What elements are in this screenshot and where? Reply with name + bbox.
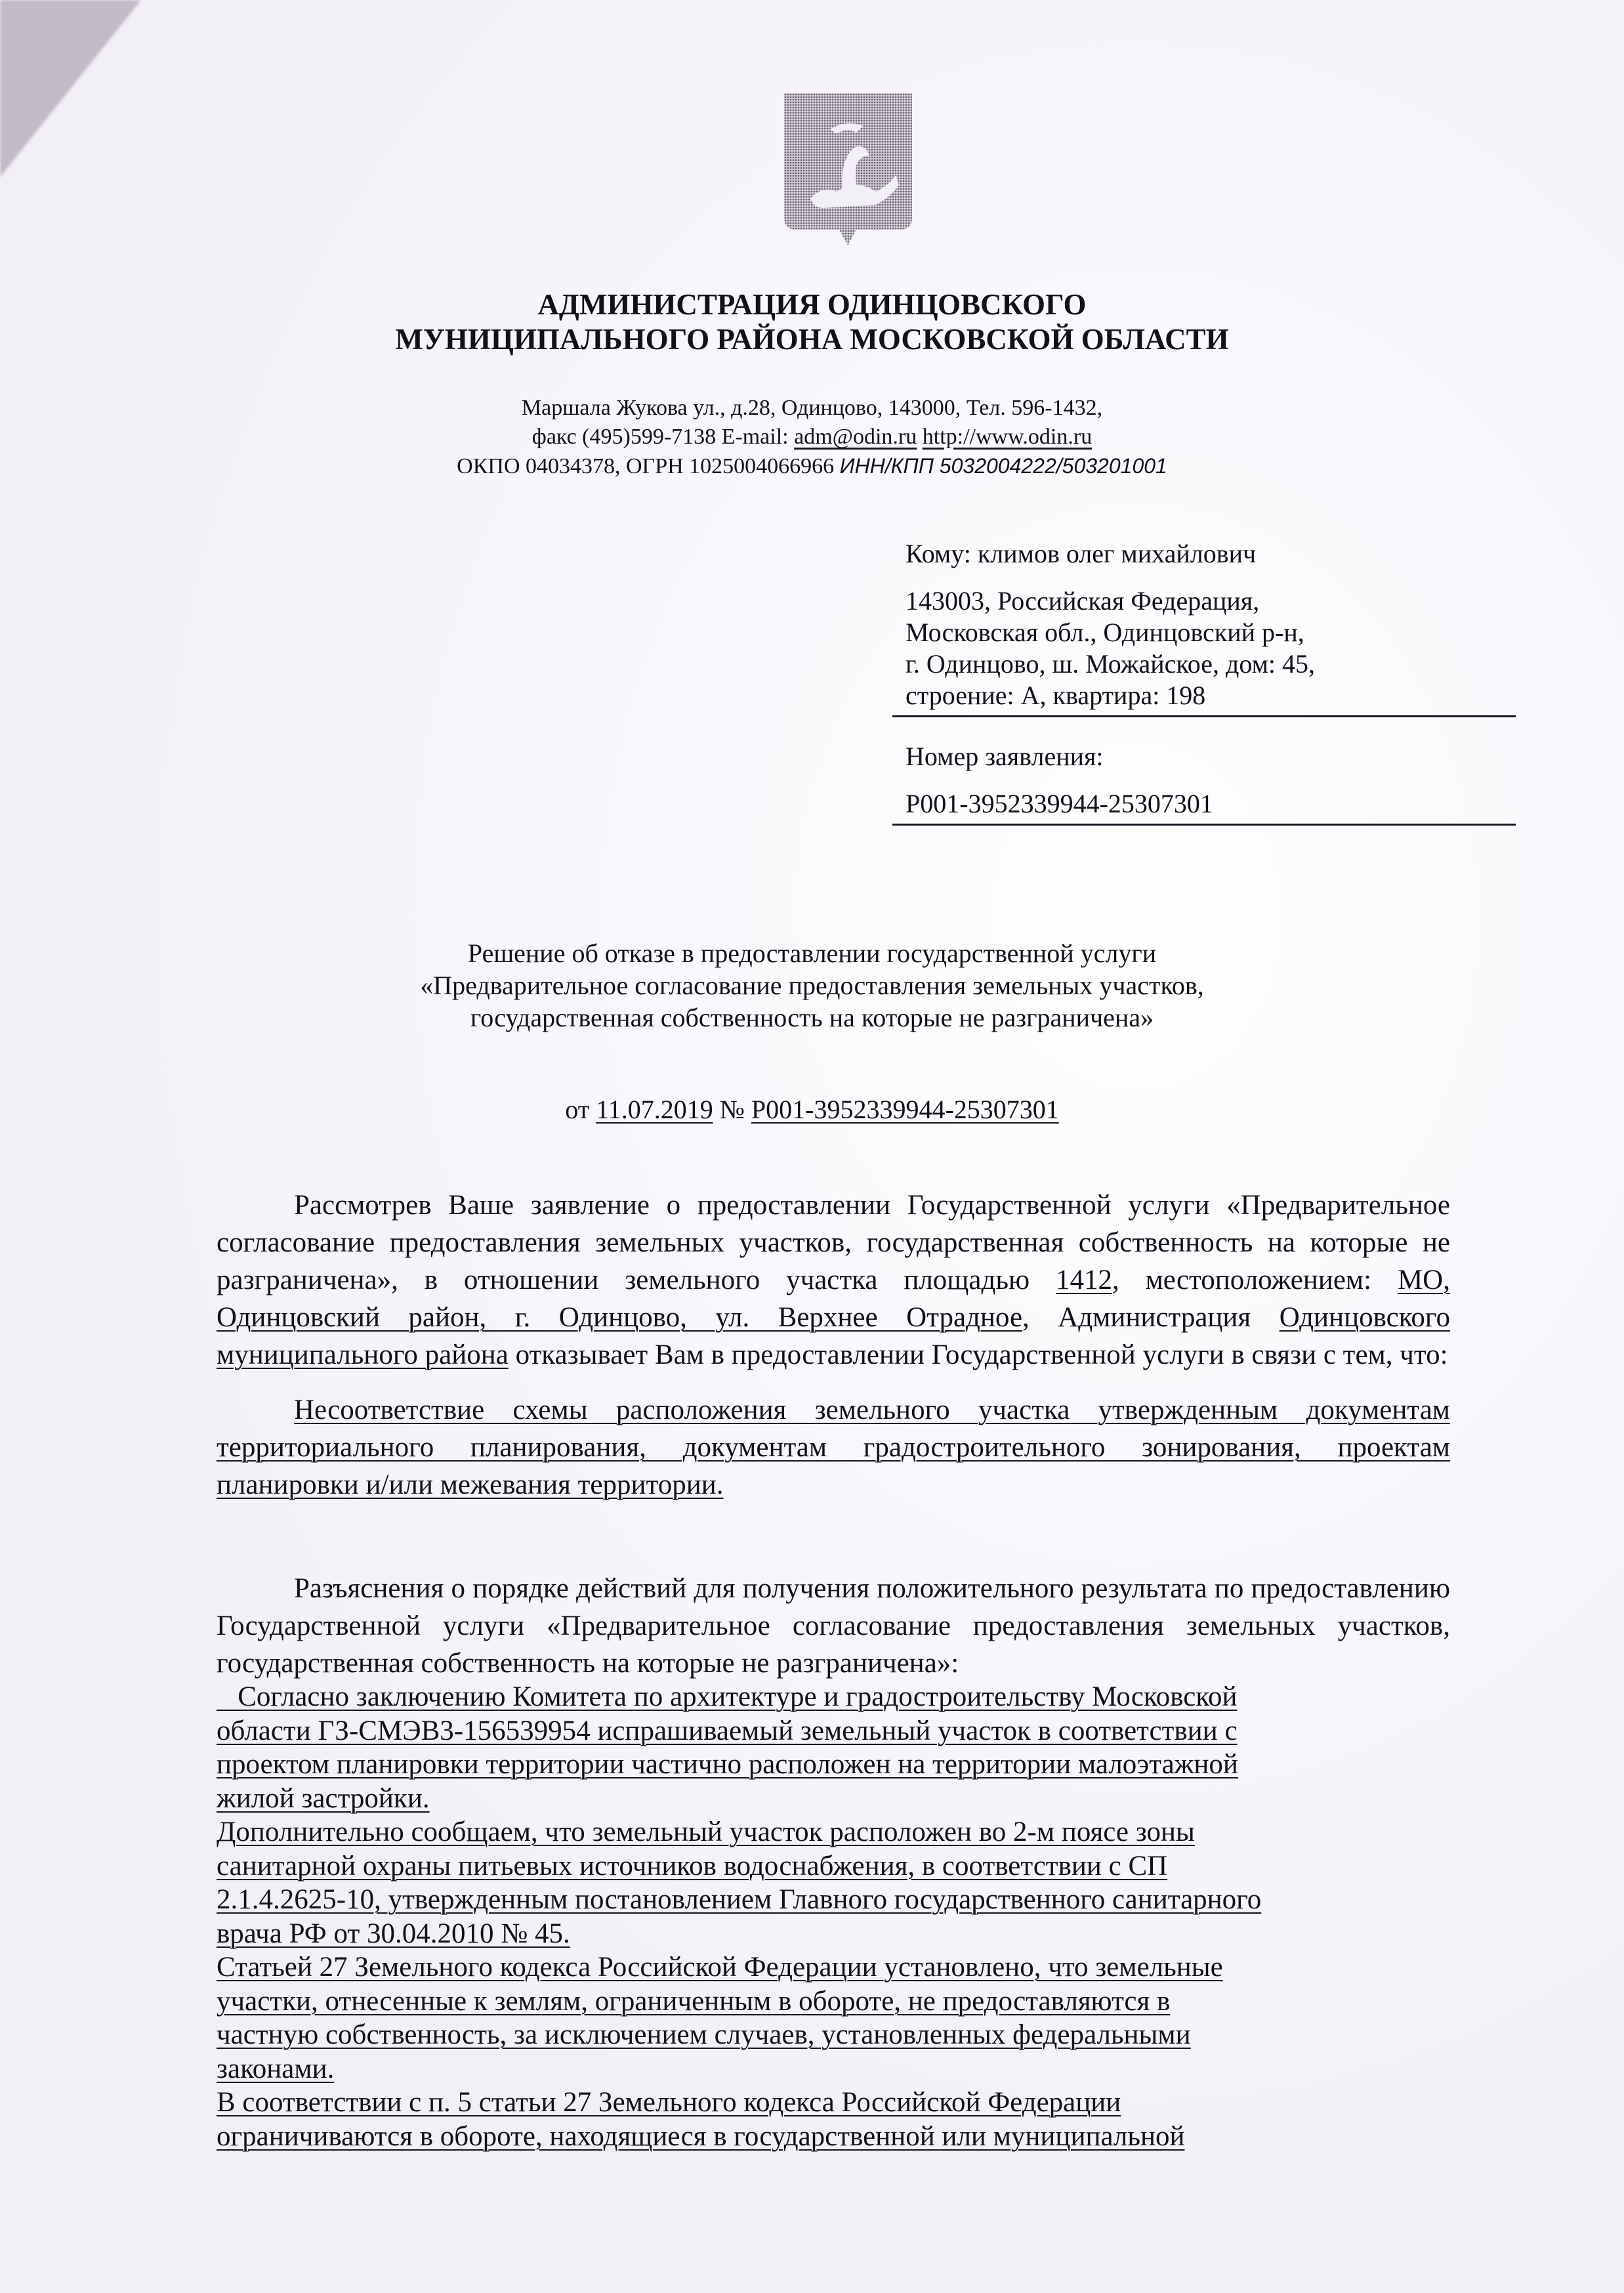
- decision-date-number: от 11.07.2019 № Р001-3952339944-25307301: [0, 1094, 1624, 1125]
- clarification-line: области ГЗ-СМЭВ3-156539954 испрашиваемый…: [217, 1714, 1411, 1748]
- recipient-name: Кому: климов олег михайлович: [906, 538, 1516, 570]
- clarification-line: жилой застройки.: [217, 1782, 1411, 1816]
- clarification-details: Согласно заключению Комитета по архитект…: [217, 1680, 1411, 2153]
- clarification-line: участки, отнесенные к землям, ограниченн…: [217, 1985, 1411, 2019]
- refusal-reason: Несоответствие схемы расположения земель…: [217, 1391, 1450, 1504]
- clarification-intro: Разъяснения о порядке действий для получ…: [217, 1570, 1450, 1682]
- coat-of-arms-icon: [784, 93, 912, 251]
- fax-email-line: факс (495)599-7138 E-mail: adm@odin.ru h…: [0, 423, 1624, 452]
- okpo-ogrn: ОКПО 04034378, ОГРН 1025004066966: [457, 454, 840, 478]
- recipient-address-line: Московская обл., Одинцовский р-н,: [906, 617, 1516, 648]
- decision-title-line: государственная собственность на которые…: [0, 1001, 1624, 1034]
- application-number-label: Номер заявления:: [906, 741, 1516, 772]
- divider: [892, 824, 1516, 826]
- refusal-reason-text: Несоответствие схемы расположения земель…: [217, 1395, 1450, 1500]
- organization-address: Маршала Жукова ул., д.28, Одинцово, 1430…: [0, 394, 1624, 423]
- recipient-address-line: 143003, Российская Федерация,: [906, 585, 1516, 617]
- clarification-line: Статьей 27 Земельного кодекса Российской…: [217, 1950, 1411, 1985]
- fax-label: факс (495)599-7138 E-mail:: [532, 425, 794, 449]
- body-paragraph-main: Рассмотрев Ваше заявление о предоставлен…: [217, 1187, 1450, 1374]
- decision-date: 11.07.2019: [596, 1095, 713, 1124]
- clarification-line: законами.: [217, 2052, 1411, 2086]
- clarification-line: ограничиваются в обороте, находящиеся в …: [217, 2120, 1411, 2154]
- text: , местоположением:: [1112, 1265, 1398, 1295]
- text: , Администрация: [1022, 1302, 1280, 1333]
- organization-contacts: Маршала Жукова ул., д.28, Одинцово, 1430…: [0, 394, 1624, 481]
- organization-name-line1: АДМИНИСТРАЦИЯ ОДИНЦОВСКОГО: [0, 287, 1624, 322]
- clarification-line: Дополнительно сообщаем, что земельный уч…: [217, 1815, 1411, 1849]
- clarification-line: врача РФ от 30.04.2010 № 45.: [217, 1917, 1411, 1951]
- bleed-through-text: [919, 138, 926, 171]
- website-link[interactable]: http://www.odin.ru: [923, 425, 1092, 449]
- clarification-line: 2.1.4.2625-10, утвержденным постановлени…: [217, 1883, 1411, 1917]
- recipient-block: Кому: климов олег михайлович 143003, Рос…: [906, 538, 1516, 826]
- recipient-address-line: г. Одинцово, ш. Можайское, дом: 45,: [906, 648, 1516, 680]
- number-prefix: №: [713, 1095, 751, 1124]
- clarification-line: санитарной охраны питьевых источников во…: [217, 1849, 1411, 1883]
- text: отказывает Вам в предоставлении Государс…: [509, 1339, 1448, 1370]
- organization-name-line2: МУНИЦИПАЛЬНОГО РАЙОНА МОСКОВСКОЙ ОБЛАСТИ: [0, 322, 1624, 357]
- decision-number: Р001-3952339944-25307301: [751, 1095, 1059, 1124]
- clarification-line: Согласно заключению Комитета по архитект…: [217, 1680, 1411, 1714]
- land-area: 1412: [1056, 1265, 1112, 1295]
- clarification-line: частную собственность, за исключением сл…: [217, 2018, 1411, 2052]
- divider: [892, 715, 1516, 717]
- page-fold-shadow: [0, 0, 141, 177]
- clarification-line: проектом планировки территории частично …: [217, 1748, 1411, 1782]
- recipient-address-line: строение: А, квартира: 198: [906, 680, 1516, 711]
- decision-title-line: «Предварительное согласование предоставл…: [0, 969, 1624, 1001]
- inn-kpp: ИНН/КПП 5032004222/503201001: [840, 454, 1167, 478]
- application-number: Р001-3952339944-25307301: [906, 788, 1516, 820]
- organization-name: АДМИНИСТРАЦИЯ ОДИНЦОВСКОГО МУНИЦИПАЛЬНОГ…: [0, 287, 1624, 357]
- email-link[interactable]: adm@odin.ru: [794, 425, 917, 449]
- registration-codes: ОКПО 04034378, ОГРН 1025004066966 ИНН/КП…: [0, 452, 1624, 481]
- clarification-line: В соответствии с п. 5 статьи 27 Земельно…: [217, 2086, 1411, 2120]
- decision-title-line: Решение об отказе в предоставлении госуд…: [0, 937, 1624, 969]
- decision-title: Решение об отказе в предоставлении госуд…: [0, 937, 1624, 1034]
- date-prefix: от: [565, 1095, 596, 1124]
